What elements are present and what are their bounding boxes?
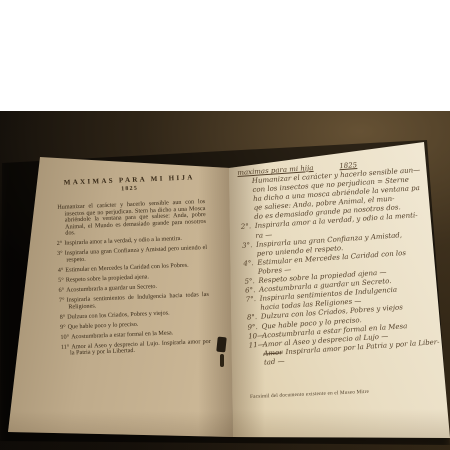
handwritten-page-content: maximas para mi hija 1825 Humanizar el c…: [237, 155, 442, 368]
maxims-list: Humanizar el carácter y hacerlo sensible…: [55, 199, 211, 358]
maxim-text: Acostumbrarla a guardar un Secreto.: [66, 283, 157, 294]
maxim-text: Humanizar el carácter y hacerlo sensible…: [57, 198, 206, 237]
maxim-text: Inspirarla sentimientos de Indulgencia h…: [66, 291, 209, 310]
screenshot: MAXIMAS PARA MI HIJA 1825 Humanizar el c…: [0, 0, 450, 450]
maxim-text: Dulzura con los Criados, Pobres y viejos…: [67, 309, 170, 320]
maxim-text: Amor al Aseo y desprecio al Lujo. Inspir…: [70, 338, 211, 357]
maxim-item: 7°Inspirarla sentimientos de Indulgencia…: [59, 292, 209, 311]
staple: [216, 337, 228, 371]
maxim-item: 11°Amor al Aseo y desprecio al Lujo. Ins…: [61, 339, 211, 358]
photo-caption: Facsímil del documento existente en el M…: [250, 387, 400, 400]
staple-head: [216, 337, 227, 353]
maxim-text: Estimular en Mercedes la Caridad con los…: [65, 261, 189, 273]
maxim-number: 10°: [60, 333, 71, 340]
top-white-band: [0, 0, 450, 111]
photo-of-document: MAXIMAS PARA MI HIJA 1825 Humanizar el c…: [0, 111, 450, 450]
maxim-text: Inspirarla una gran Confianza y Amistad …: [65, 244, 208, 263]
maxim-item: Humanizar el carácter y hacerlo sensible…: [55, 199, 206, 237]
staple-stem: [220, 354, 224, 367]
maxim-text: Respeto sobre la propiedad ajena.: [66, 273, 150, 283]
handwritten-line-number: [250, 359, 265, 369]
maxim-text: Acostumbrarla a estar formal en la Mesa.: [71, 329, 173, 340]
page-edge-shadow-right: [230, 409, 450, 441]
handwritten-lines: Humanizar el carácter y hacerlo sensible…: [238, 165, 442, 368]
handwritten-line-text: tad —: [264, 357, 285, 367]
maxim-text: Que hable poco y lo preciso.: [68, 321, 139, 331]
printed-page-content: MAXIMAS PARA MI HIJA 1825 Humanizar el c…: [54, 173, 211, 361]
